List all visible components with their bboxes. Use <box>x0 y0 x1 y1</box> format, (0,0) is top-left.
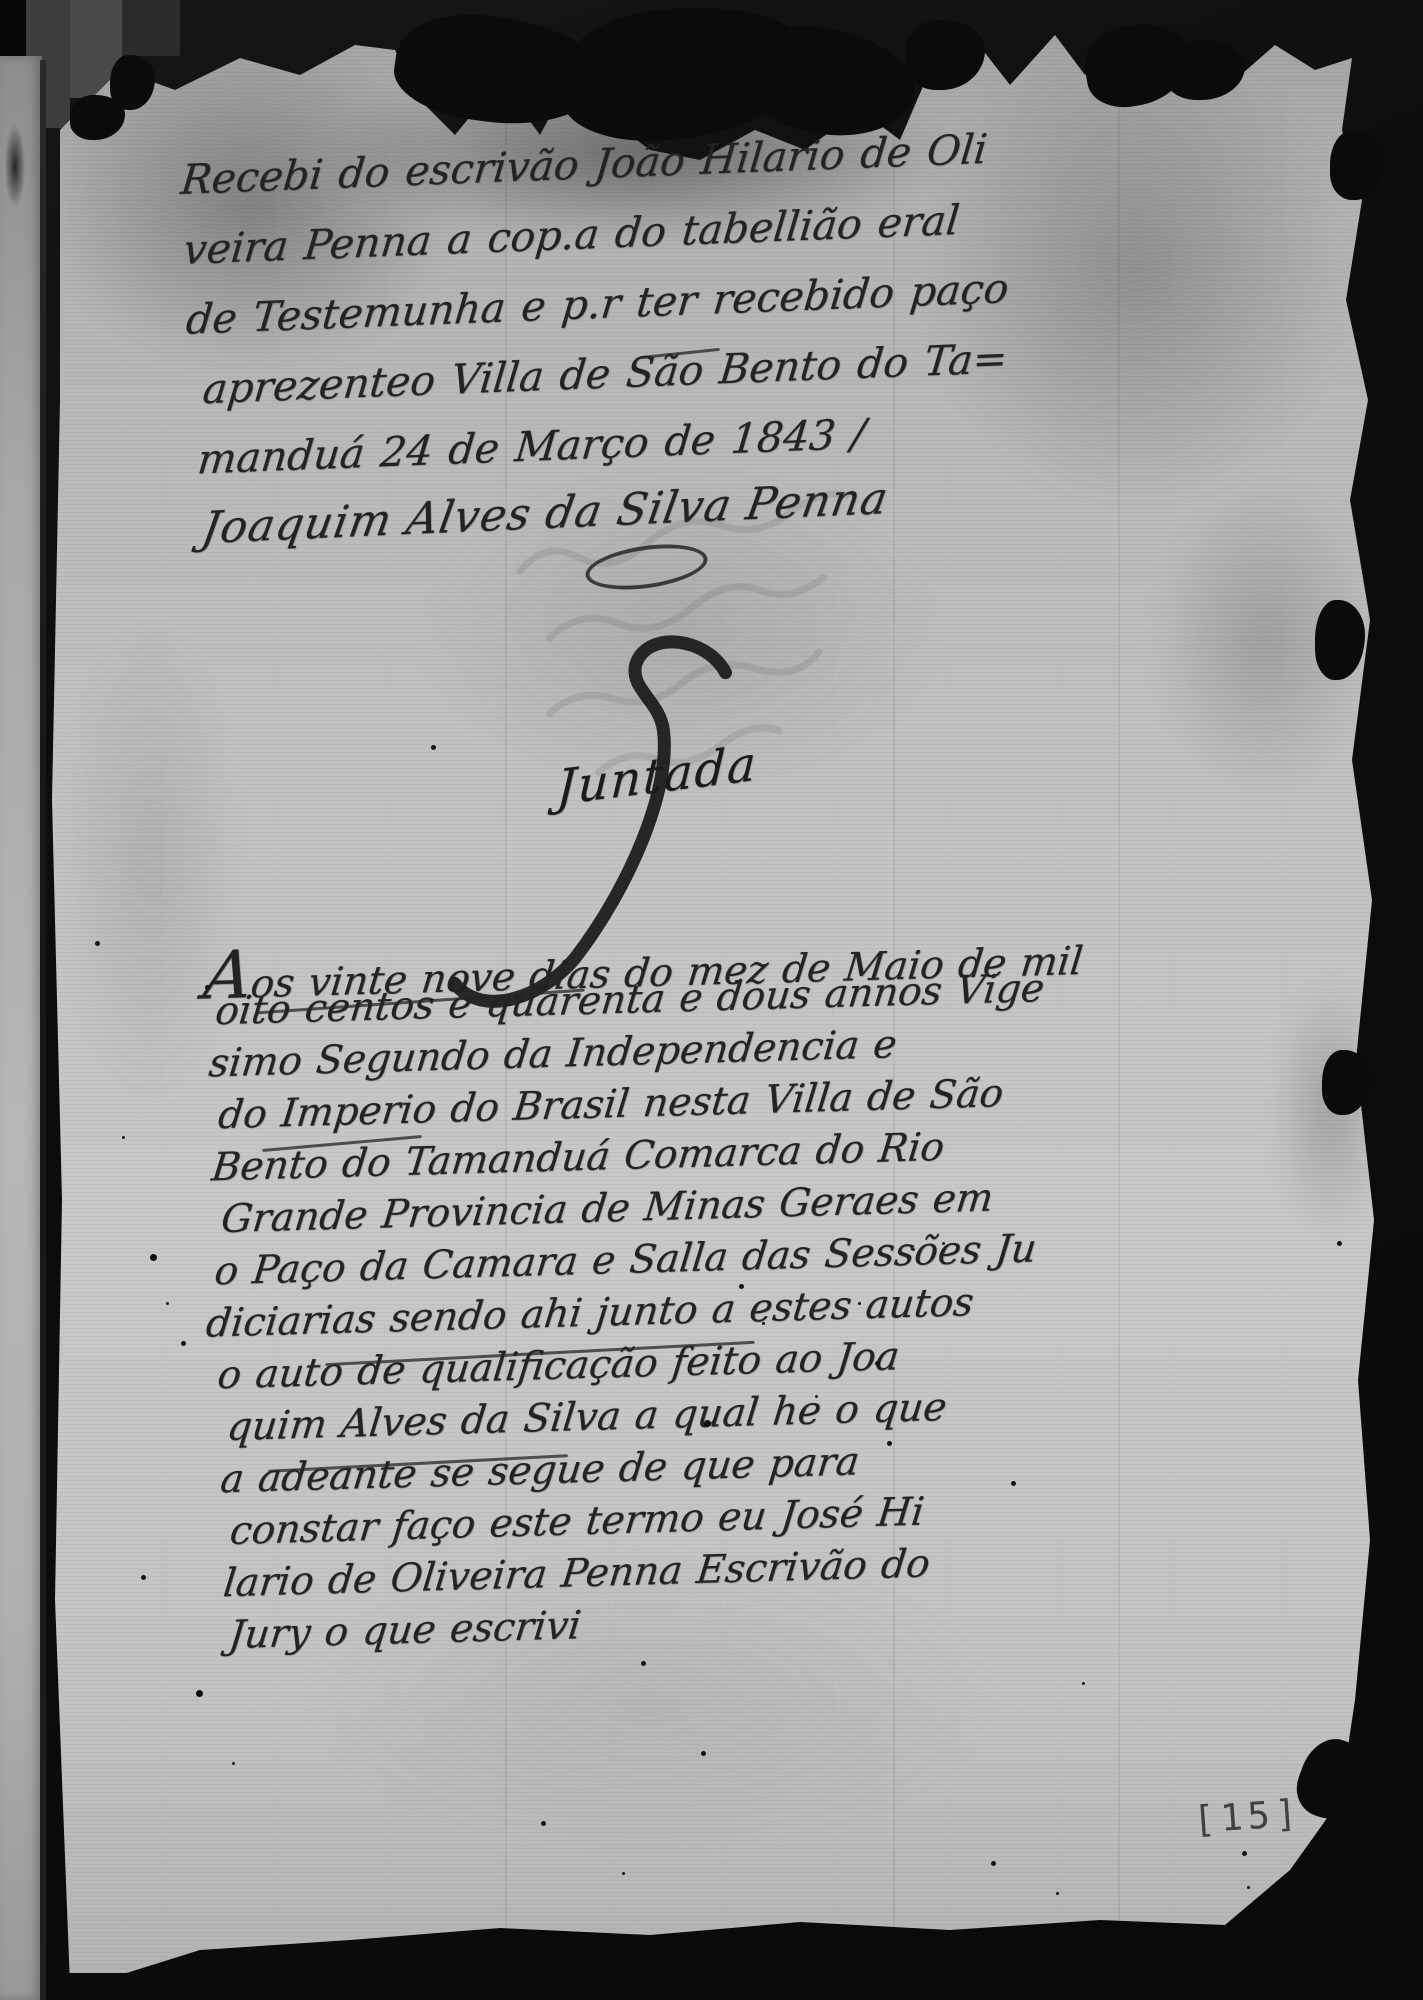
torn-edge-hole <box>1330 130 1385 200</box>
gutter-seam <box>40 60 46 2000</box>
body-text: Aos vinte nove dias do mez de Maio de mi… <box>205 913 1105 1665</box>
scanned-document-photo: Recebi do escrivão João Hilario de Olive… <box>0 0 1423 2000</box>
torn-edge-hole <box>1322 1050 1370 1115</box>
spine-band <box>122 0 180 56</box>
previous-page-edge <box>0 56 42 2000</box>
page-number: [15] <box>1192 1791 1304 1842</box>
ink-specks <box>0 0 3 3</box>
receipt-note: Recebi do escrivão João Hilario de Olive… <box>179 124 1014 505</box>
